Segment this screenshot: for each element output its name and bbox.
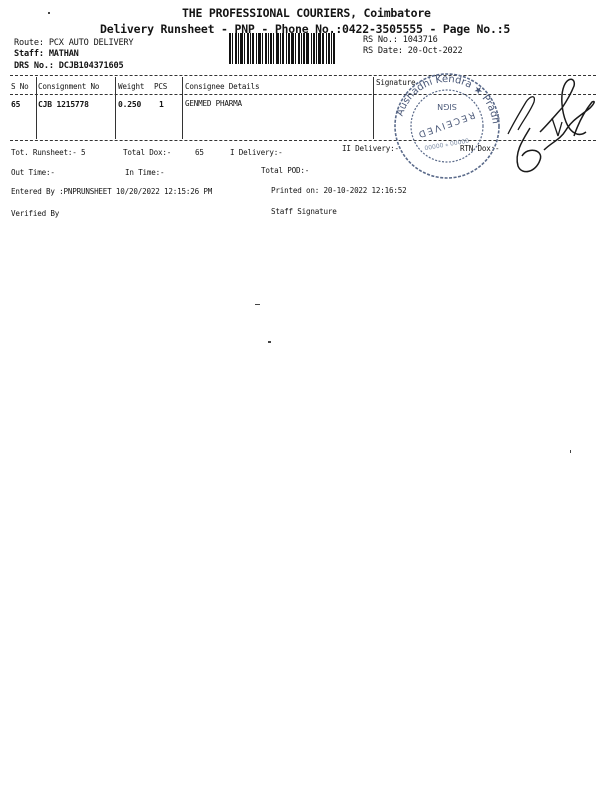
svg-text:Aushadhi Kendra ★ Pradh: Aushadhi Kendra ★ Pradh — [395, 74, 501, 125]
tot-runsheet: Tot. Runsheet:- 5 — [11, 148, 85, 157]
col-header-weight: Weight — [118, 82, 144, 91]
total-dox-label: Total Dox:- — [123, 148, 171, 157]
i-delivery: I Delivery:- — [230, 148, 282, 157]
total-dox-value: 65 — [195, 148, 204, 157]
received-stamp-icon: Aushadhi Kendra ★ Pradh SIGN RECEIVED 00… — [383, 66, 509, 184]
column-divider — [36, 77, 37, 139]
barcode — [229, 33, 359, 64]
svg-text:RECEIVED: RECEIVED — [415, 109, 476, 139]
col-header-consignment: Consignment No — [38, 82, 99, 91]
rs-number: RS No.: 1043716 — [363, 35, 438, 45]
column-divider — [182, 77, 183, 139]
rs-date: RS Date: 20-Oct-2022 — [363, 46, 462, 56]
speck-mark — [48, 12, 50, 14]
col-header-consignee: Consignee Details — [185, 82, 259, 91]
verified-by-label: Verified By — [11, 209, 59, 218]
row-sno: 65 — [11, 100, 20, 109]
row-weight: 0.250 — [118, 100, 141, 109]
out-time: Out Time:- — [11, 168, 55, 177]
route-label: Route: PCX AUTO DELIVERY — [14, 38, 133, 48]
company-title: THE PROFESSIONAL COURIERS, Coimbatore — [182, 6, 431, 20]
row-consignment-no: CJB 1215778 — [38, 100, 89, 109]
col-header-pcs: PCS — [154, 82, 167, 91]
row-consignee: GENMED PHARMA — [185, 99, 242, 108]
entered-by: Entered By :PNPRUNSHEET 10/20/2022 12:15… — [11, 187, 212, 196]
drs-number: DRS No.: DCJB104371605 — [14, 61, 123, 71]
printed-on: Printed on: 20-10-2022 12:16:52 — [271, 186, 407, 195]
svg-text:SIGN: SIGN — [437, 102, 457, 111]
handwritten-signature-icon — [500, 72, 600, 182]
speck-mark — [255, 304, 260, 305]
svg-text:00000 * 00000: 00000 * 00000 — [424, 136, 470, 151]
speck-mark — [570, 450, 571, 453]
column-divider — [115, 77, 116, 139]
staff-label: Staff: MATHAN — [14, 49, 79, 59]
total-pod: Total POD:- — [261, 166, 309, 175]
row-pcs: 1 — [159, 100, 164, 109]
col-header-sno: S No — [11, 82, 29, 91]
column-divider — [373, 77, 374, 139]
staff-signature-label: Staff Signature — [271, 207, 337, 216]
speck-mark — [268, 341, 271, 343]
in-time: In Time:- — [125, 168, 164, 177]
